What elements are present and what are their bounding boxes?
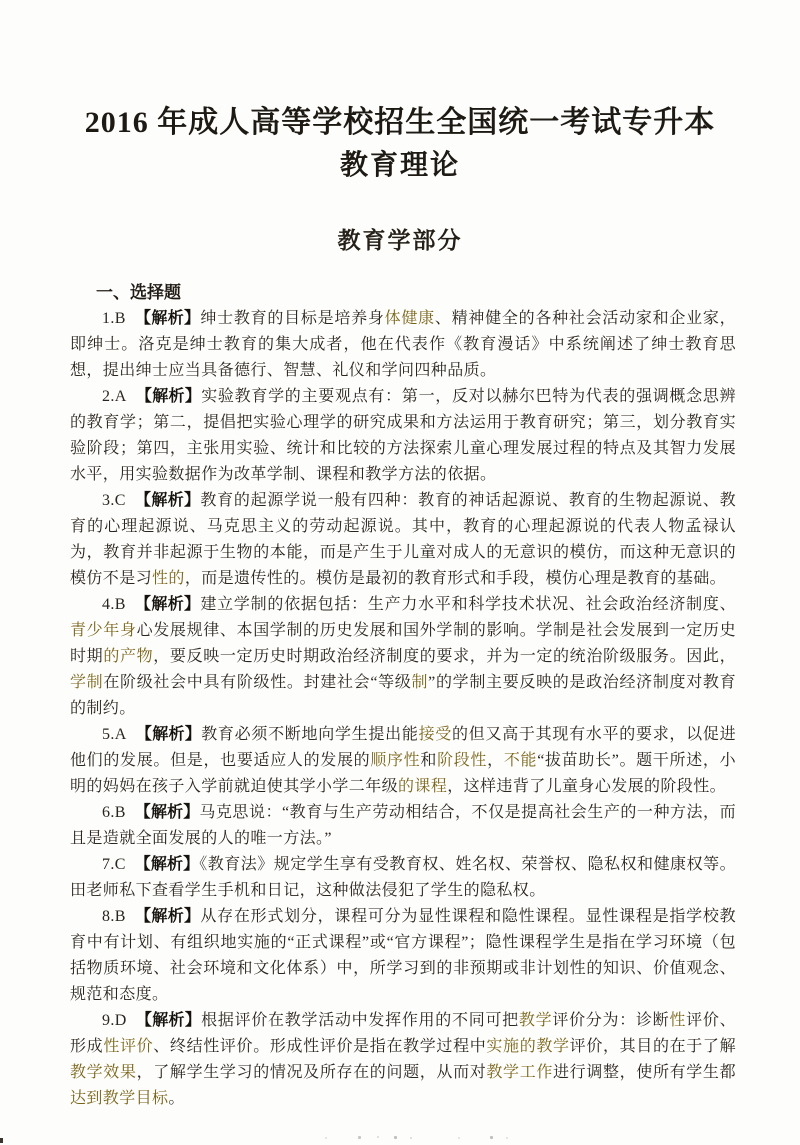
analysis-tag: 【解析】 (136, 1012, 202, 1029)
highlighted-text: 学制 (70, 674, 103, 691)
analysis-text: ，要反映一定历史时期政治经济制度的要求，并为一定的统治阶级服务。因此， (153, 648, 736, 665)
scan-edge-mark (0, 1138, 3, 1143)
analysis-tag: 【解析】 (135, 804, 200, 821)
page-title: 2016 年成人高等学校招生全国统一考试专升本 (0, 106, 800, 140)
scan-speck (394, 1136, 397, 1139)
answer-item-1: 1.B【解析】绅士教育的目标是培养身体健康、精神健全的各种社会活动家和企业家，即… (70, 306, 736, 384)
item-number-answer: 8.B (102, 908, 126, 925)
analysis-text: 进行调整，使所有学生都 (553, 1064, 736, 1081)
analysis-text: 、终结性评价。形成性评价是指在教学过程中 (153, 1038, 486, 1055)
answer-item-6: 6.B【解析】马克思说：“教育与生产劳动相结合，不仅是提高社会生产的一种方法，而… (70, 800, 736, 852)
highlighted-text: 性 (669, 1012, 686, 1029)
highlighted-text: 教学 (519, 1012, 552, 1029)
answer-item-5: 5.A【解析】教育必须不断地向学生提出能接受的但又高于其现有水平的要求，以促进他… (70, 722, 736, 800)
analysis-text: 。 (168, 1090, 184, 1107)
scan-speck (506, 1137, 508, 1139)
analysis-tag: 【解析】 (135, 596, 201, 613)
highlighted-text: 达到教学目标 (70, 1090, 168, 1107)
highlighted-text: 性的 (152, 570, 185, 587)
analysis-text: ，了解学生学习的情况及所存在的问题，从而对 (137, 1064, 487, 1081)
highlighted-text: 实施的教学 (486, 1038, 569, 1055)
analysis-tag: 【解析】 (136, 726, 202, 743)
item-number-answer: 7.C (102, 856, 126, 873)
analysis-text: 评价，其目的在于了解 (570, 1038, 736, 1055)
highlighted-text: 性评价 (103, 1038, 153, 1055)
answer-item-9: 9.D【解析】根据评价在教学活动中发挥作用的不同可把教学评价分为：诊断性评价、形… (70, 1008, 736, 1112)
item-number-answer: 9.D (102, 1012, 127, 1029)
analysis-text: 和 (420, 752, 437, 769)
highlighted-text: 青少年身 (70, 622, 137, 639)
highlighted-text: 教学效果 (70, 1064, 137, 1081)
analysis-text: ，这样违背了儿童身心发展的阶段性。 (447, 778, 726, 795)
answer-item-7: 7.C【解析】《教育法》规定学生享有受教育权、姓名权、荣誉权、隐私权和健康权等。… (70, 852, 736, 904)
analysis-text: 根据评价在教学活动中发挥作用的不同可把 (201, 1012, 519, 1029)
scan-speck (410, 1137, 412, 1139)
highlighted-text: 体健康 (385, 310, 435, 327)
answer-list: 1.B【解析】绅士教育的目标是培养身体健康、精神健全的各种社会活动家和企业家，即… (70, 306, 736, 1112)
document-header: 2016 年成人高等学校招生全国统一考试专升本 教育理论 (0, 0, 800, 182)
answer-item-2: 2.A【解析】实验教育学的主要观点有：第一，反对以赫尔巴特为代表的强调概念思辨的… (70, 384, 736, 488)
item-number-answer: 1.B (102, 310, 126, 327)
highlighted-text: 的产物 (103, 648, 153, 665)
page-subtitle: 教育理论 (0, 150, 800, 182)
analysis-tag: 【解析】 (135, 492, 201, 509)
scanned-document-page: 2016 年成人高等学校招生全国统一考试专升本 教育理论 教育学部分 一、选择题… (0, 0, 800, 1145)
analysis-text: ， (487, 752, 504, 769)
highlighted-text: 不能 (504, 752, 537, 769)
scan-speck (458, 1137, 460, 1139)
scan-speck (490, 1136, 493, 1139)
analysis-tag: 【解析】 (135, 856, 200, 873)
highlighted-text: 顺序性 (370, 752, 420, 769)
subsection-heading: 一、选择题 (96, 282, 736, 304)
analysis-tag: 【解析】 (135, 310, 201, 327)
highlighted-text: 阶段性 (437, 752, 487, 769)
analysis-text: 绅士教育的目标是培养身 (200, 310, 384, 327)
analysis-text: ，而是遗传性的。模仿是最初的教育形式和手段，模仿心理是教育的基础。 (185, 570, 726, 587)
section-heading: 教育学部分 (0, 226, 800, 256)
analysis-tag: 【解析】 (135, 908, 201, 925)
answer-item-8: 8.B【解析】从存在形式划分，课程可分为显性课程和隐性课程。显性课程是指学校教育… (70, 904, 736, 1008)
item-number-answer: 3.C (102, 492, 126, 509)
scan-speck (377, 1136, 379, 1138)
highlighted-text: 制 (411, 674, 428, 691)
scan-speck (325, 1137, 327, 1139)
answer-item-3: 3.C【解析】教育的起源学说一般有四种：教育的神话起源说、教育的生物起源说、教育… (70, 488, 736, 592)
answer-analysis-content: 一、选择题 1.B【解析】绅士教育的目标是培养身体健康、精神健全的各种社会活动家… (70, 282, 736, 1112)
analysis-text: 评价分为：诊断 (552, 1012, 669, 1029)
analysis-tag: 【解析】 (136, 388, 202, 405)
item-number-answer: 6.B (102, 804, 126, 821)
scan-speck (358, 1136, 361, 1139)
highlighted-text: 的课程 (398, 778, 447, 795)
highlighted-text: 接受 (419, 726, 452, 743)
item-number-answer: 2.A (102, 388, 127, 405)
analysis-text: 建立学制的依据包括：生产力水平和科学技术状况、社会政治经济制度、 (200, 596, 736, 613)
answer-item-4: 4.B【解析】建立学制的依据包括：生产力水平和科学技术状况、社会政治经济制度、青… (70, 592, 736, 722)
analysis-text: 在阶级社会中具有阶级性。封建社会“等级 (103, 674, 411, 691)
analysis-text: 教育必须不断地向学生提出能 (201, 726, 418, 743)
item-number-answer: 4.B (102, 596, 126, 613)
item-number-answer: 5.A (102, 726, 127, 743)
highlighted-text: 教学工作 (486, 1064, 553, 1081)
